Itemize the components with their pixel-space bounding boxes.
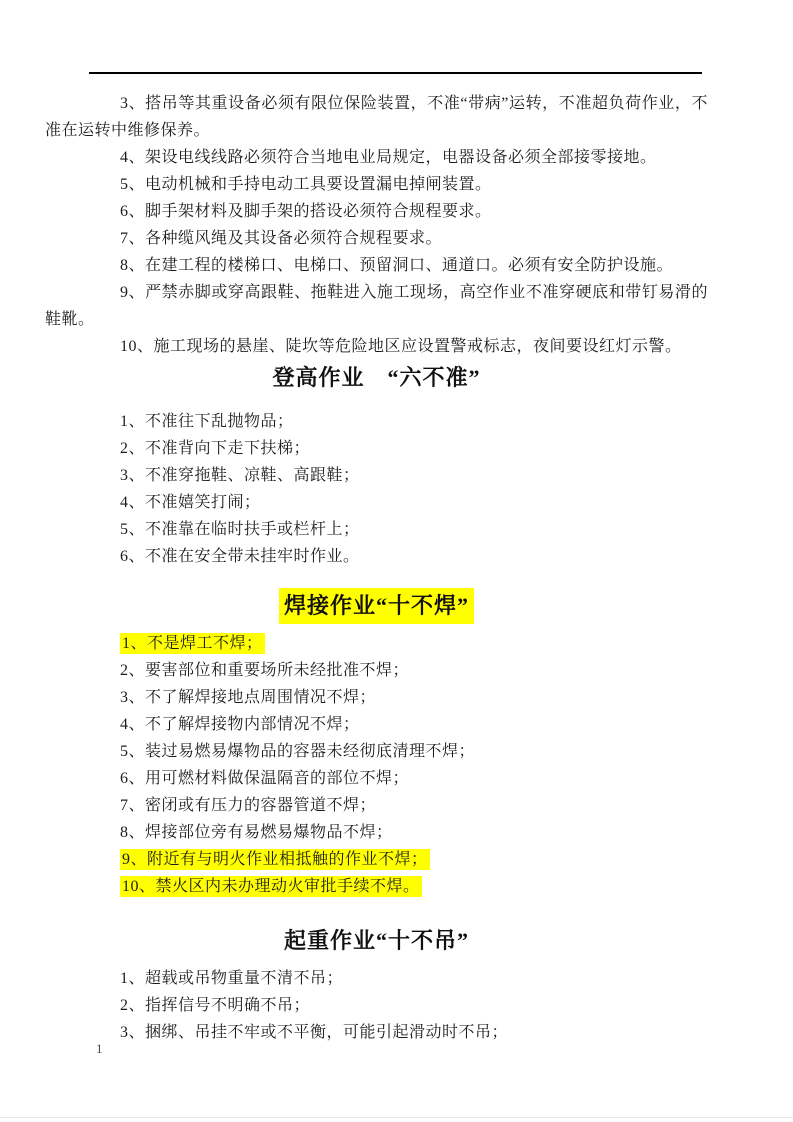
list-item: 5、装过易燃易爆物品的容器未经彻底清理不焊； (45, 738, 708, 765)
list-item-text: 6、脚手架材料及脚手架的搭设必须符合规程要求。 (120, 203, 492, 220)
list-item-text: 2、不准背向下走下扶梯； (120, 440, 310, 457)
list-item: 4、不准嬉笑打闹； (45, 489, 708, 516)
heading-text: 焊接作业“十不焊” (279, 588, 474, 624)
list-item-text: 5、不准靠在临时扶手或栏杆上； (120, 521, 360, 538)
heading-climbing-work: 登高作业 “六不准” (45, 360, 708, 396)
heading-text: 登高作业 “六不准” (272, 365, 480, 390)
heading-welding-work: 焊接作业“十不焊” (45, 588, 708, 624)
document-page: 3、搭吊等其重设备必须有限位保险装置，不准“带病”运转，不准超负荷作业，不准在运… (0, 0, 793, 1122)
list-item-text: 1、超载或吊物重量不清不吊； (120, 970, 343, 987)
list-item-text: 3、不准穿拖鞋、凉鞋、高跟鞋； (120, 467, 360, 484)
list-item: 2、不准背向下走下扶梯； (45, 435, 708, 462)
list-item: 10、施工现场的悬崖、陡坎等危险地区应设置警戒标志，夜间要设红灯示警。 (45, 333, 708, 360)
list-item: 1、不是焊工不焊； (45, 630, 708, 657)
list-item-text: 2、要害部位和重要场所未经批准不焊； (120, 662, 409, 679)
list-item: 10、禁火区内未办理动火审批手续不焊。 (45, 873, 708, 900)
list-item: 2、指挥信号不明确不吊； (45, 992, 708, 1019)
list-item-text: 1、不是焊工不焊； (120, 633, 265, 654)
list-item-text: 5、装过易燃易爆物品的容器未经彻底清理不焊； (120, 743, 475, 760)
list-item-text: 6、用可燃材料做保温隔音的部位不焊； (120, 770, 409, 787)
list-item: 7、各种缆风绳及其设备必须符合规程要求。 (45, 225, 708, 252)
list-item: 4、架设电线线路必须符合当地电业局规定，电器设备必须全部接零接地。 (45, 144, 708, 171)
list-item: 9、附近有与明火作业相抵触的作业不焊； (45, 846, 708, 873)
list-item: 6、脚手架材料及脚手架的搭设必须符合规程要求。 (45, 198, 708, 225)
page-number: 1 (96, 1041, 103, 1057)
list-item: 8、焊接部位旁有易燃易爆物品不焊； (45, 819, 708, 846)
list-item-text: 1、不准往下乱抛物品； (120, 413, 294, 430)
list-item-text: 5、电动机械和手持电动工具要设置漏电掉闸装置。 (120, 176, 492, 193)
list-item: 3、不准穿拖鞋、凉鞋、高跟鞋； (45, 462, 708, 489)
list-item: 5、电动机械和手持电动工具要设置漏电掉闸装置。 (45, 171, 708, 198)
list-item-text: 6、不准在安全带未挂牢时作业。 (120, 548, 360, 565)
list-item: 2、要害部位和重要场所未经批准不焊； (45, 657, 708, 684)
heading-lifting-work: 起重作业“十不吊” (45, 923, 708, 959)
list-item: 8、在建工程的楼梯口、电梯口、预留洞口、通道口。必须有安全防护设施。 (45, 252, 708, 279)
list-item: 6、用可燃材料做保温隔音的部位不焊； (45, 765, 708, 792)
list-item-text: 3、捆绑、吊挂不牢或不平衡，可能引起滑动时不吊； (120, 1024, 508, 1041)
list-item: 7、密闭或有压力的容器管道不焊； (45, 792, 708, 819)
list-item: 3、搭吊等其重设备必须有限位保险装置，不准“带病”运转，不准超负荷作业，不准在运… (45, 90, 708, 144)
list-item: 4、不了解焊接物内部情况不焊； (45, 711, 708, 738)
list-item: 9、严禁赤脚或穿高跟鞋、拖鞋进入施工现场，高空作业不准穿硬底和带钉易滑的鞋靴。 (45, 279, 708, 333)
list-item-text: 7、各种缆风绳及其设备必须符合规程要求。 (120, 230, 442, 247)
list-item-text: 8、在建工程的楼梯口、电梯口、预留洞口、通道口。必须有安全防护设施。 (120, 257, 673, 274)
list-item-text: 4、不了解焊接物内部情况不焊； (120, 716, 360, 733)
list-item-text: 3、不了解焊接地点周围情况不焊； (120, 689, 376, 706)
list-item-text: 4、架设电线线路必须符合当地电业局规定，电器设备必须全部接零接地。 (120, 149, 657, 166)
list-item-text: 10、禁火区内未办理动火审批手续不焊。 (120, 876, 422, 897)
list-item-text: 8、焊接部位旁有易燃易爆物品不焊； (120, 824, 393, 841)
list-item-text: 9、附近有与明火作业相抵触的作业不焊； (120, 849, 430, 870)
list-item-text: 9、严禁赤脚或穿高跟鞋、拖鞋进入施工现场，高空作业不准穿硬底和带钉易滑的鞋靴。 (45, 284, 708, 328)
list-item-text: 2、指挥信号不明确不吊； (120, 997, 310, 1014)
list-item: 3、不了解焊接地点周围情况不焊； (45, 684, 708, 711)
list-item-text: 3、搭吊等其重设备必须有限位保险装置，不准“带病”运转，不准超负荷作业，不准在运… (45, 95, 708, 139)
page-bottom-edge-line (0, 1117, 793, 1118)
heading-text: 起重作业“十不吊” (284, 928, 469, 953)
header-divider-line (89, 72, 702, 74)
list-item: 1、不准往下乱抛物品； (45, 408, 708, 435)
document-body: 3、搭吊等其重设备必须有限位保险装置，不准“带病”运转，不准超负荷作业，不准在运… (45, 90, 708, 1046)
list-item: 5、不准靠在临时扶手或栏杆上； (45, 516, 708, 543)
list-item: 6、不准在安全带未挂牢时作业。 (45, 543, 708, 570)
list-item-text: 4、不准嬉笑打闹； (120, 494, 261, 511)
list-item: 1、超载或吊物重量不清不吊； (45, 965, 708, 992)
list-item: 3、捆绑、吊挂不牢或不平衡，可能引起滑动时不吊； (45, 1019, 708, 1046)
list-item-text: 10、施工现场的悬崖、陡坎等危险地区应设置警戒标志，夜间要设红灯示警。 (120, 338, 682, 355)
list-item-text: 7、密闭或有压力的容器管道不焊； (120, 797, 376, 814)
